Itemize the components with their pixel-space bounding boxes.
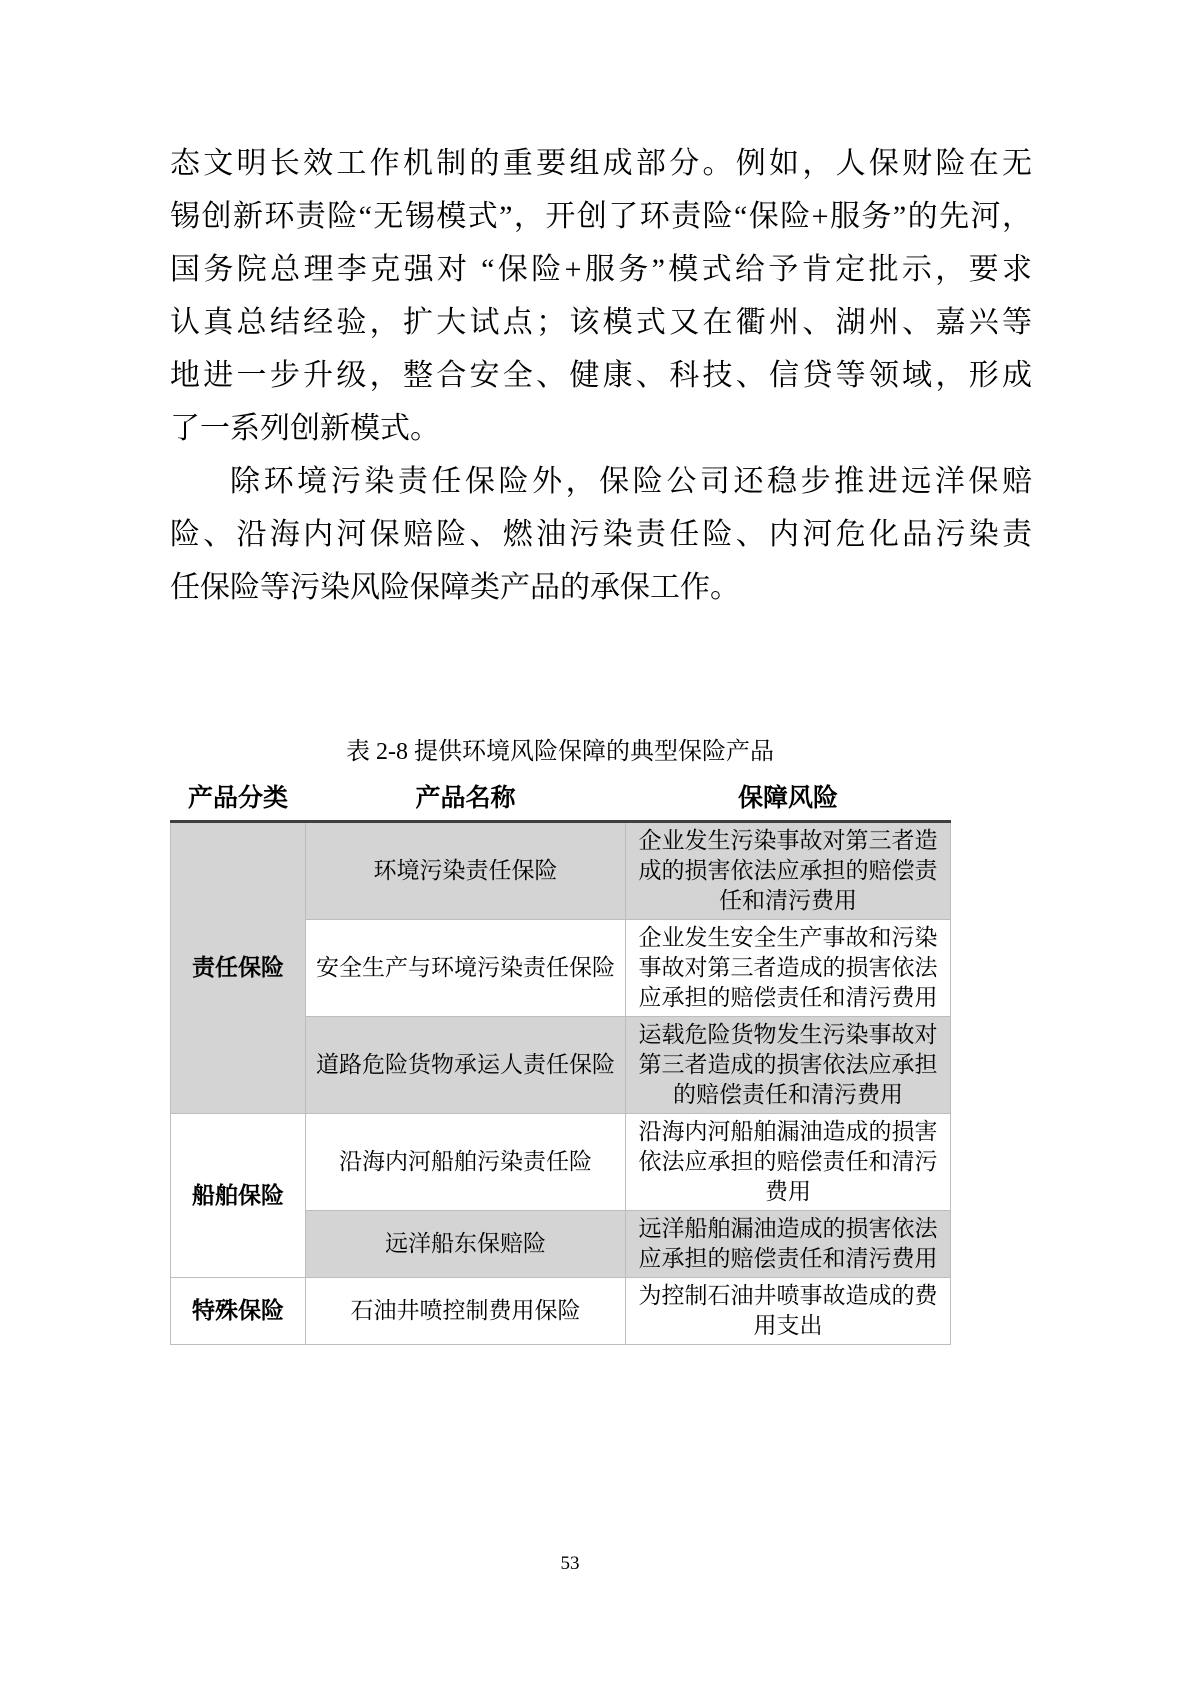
category-cell-special: 特殊保险 bbox=[171, 1278, 306, 1345]
risk-cell: 运载危险货物发生污染事故对第三者造成的损害依法应承担的赔偿责任和清污费用 bbox=[626, 1017, 951, 1114]
insurance-products-table: 产品分类 产品名称 保障风险 责任保险 环境污染责任保险 企业发生污染事故对第三… bbox=[170, 770, 951, 1345]
header-product-name: 产品名称 bbox=[306, 770, 626, 822]
product-name-cell: 环境污染责任保险 bbox=[306, 822, 626, 920]
product-name-cell: 远洋船东保赔险 bbox=[306, 1211, 626, 1278]
page-number: 53 bbox=[170, 1553, 970, 1575]
risk-cell: 企业发生污染事故对第三者造成的损害依法应承担的赔偿责任和清污费用 bbox=[626, 822, 951, 920]
paragraph-line: 锡创新环责险“无锡模式”，开创了环责险“保险+服务”的先河， bbox=[170, 190, 1032, 243]
table-caption: 表 2-8 提供环境风险保障的典型保险产品 bbox=[170, 734, 950, 770]
product-name-cell: 安全生产与环境污染责任保险 bbox=[306, 920, 626, 1017]
risk-cell: 为控制石油井喷事故造成的费用支出 bbox=[626, 1278, 951, 1345]
category-cell-liability: 责任保险 bbox=[171, 822, 306, 1114]
risk-cell: 沿海内河船舶漏油造成的损害依法应承担的赔偿责任和清污费用 bbox=[626, 1114, 951, 1211]
table-row: 特殊保险 石油井喷控制费用保险 为控制石油井喷事故造成的费用支出 bbox=[171, 1278, 951, 1345]
paragraph-2: 除环境污染责任保险外，保险公司还稳步推进远洋保赔 险、沿海内河保赔险、燃油污染责… bbox=[170, 455, 1032, 614]
paragraph-line: 态文明长效工作机制的重要组成部分。例如，人保财险在无 bbox=[170, 137, 1032, 190]
product-name-cell: 石油井喷控制费用保险 bbox=[306, 1278, 626, 1345]
table-row: 责任保险 环境污染责任保险 企业发生污染事故对第三者造成的损害依法应承担的赔偿责… bbox=[171, 822, 951, 920]
risk-cell: 企业发生安全生产事故和污染事故对第三者造成的损害依法应承担的赔偿责任和清污费用 bbox=[626, 920, 951, 1017]
paragraph-line: 地进一步升级，整合安全、健康、科技、信贷等领域，形成 bbox=[170, 349, 1032, 402]
product-name-cell: 道路危险货物承运人责任保险 bbox=[306, 1017, 626, 1114]
risk-cell: 远洋船舶漏油造成的损害依法应承担的赔偿责任和清污费用 bbox=[626, 1211, 951, 1278]
paragraph-line: 国务院总理李克强对 “保险+服务”模式给予肯定批示，要求 bbox=[170, 243, 1032, 296]
paragraph-1: 态文明长效工作机制的重要组成部分。例如，人保财险在无 锡创新环责险“无锡模式”，… bbox=[170, 137, 1032, 455]
header-product-category: 产品分类 bbox=[171, 770, 306, 822]
paragraph-line: 认真总结经验，扩大试点；该模式又在衢州、湖州、嘉兴等 bbox=[170, 296, 1032, 349]
paragraph-line: 了一系列创新模式。 bbox=[170, 402, 1032, 455]
paragraph-line: 险、沿海内河保赔险、燃油污染责任险、内河危化品污染责 bbox=[170, 508, 1032, 561]
page-content: 态文明长效工作机制的重要组成部分。例如，人保财险在无 锡创新环责险“无锡模式”，… bbox=[0, 0, 1032, 1345]
table-row: 船舶保险 沿海内河船舶污染责任险 沿海内河船舶漏油造成的损害依法应承担的赔偿责任… bbox=[171, 1114, 951, 1211]
paragraph-line: 任保险等污染风险保障类产品的承保工作。 bbox=[170, 561, 1032, 614]
document-page: 态文明长效工作机制的重要组成部分。例如，人保财险在无 锡创新环责险“无锡模式”，… bbox=[0, 0, 1199, 1696]
category-cell-ship: 船舶保险 bbox=[171, 1114, 306, 1278]
header-covered-risk: 保障风险 bbox=[626, 770, 951, 822]
table-header-row: 产品分类 产品名称 保障风险 bbox=[171, 770, 951, 822]
product-name-cell: 沿海内河船舶污染责任险 bbox=[306, 1114, 626, 1211]
paragraph-line: 除环境污染责任保险外，保险公司还稳步推进远洋保赔 bbox=[170, 455, 1032, 508]
